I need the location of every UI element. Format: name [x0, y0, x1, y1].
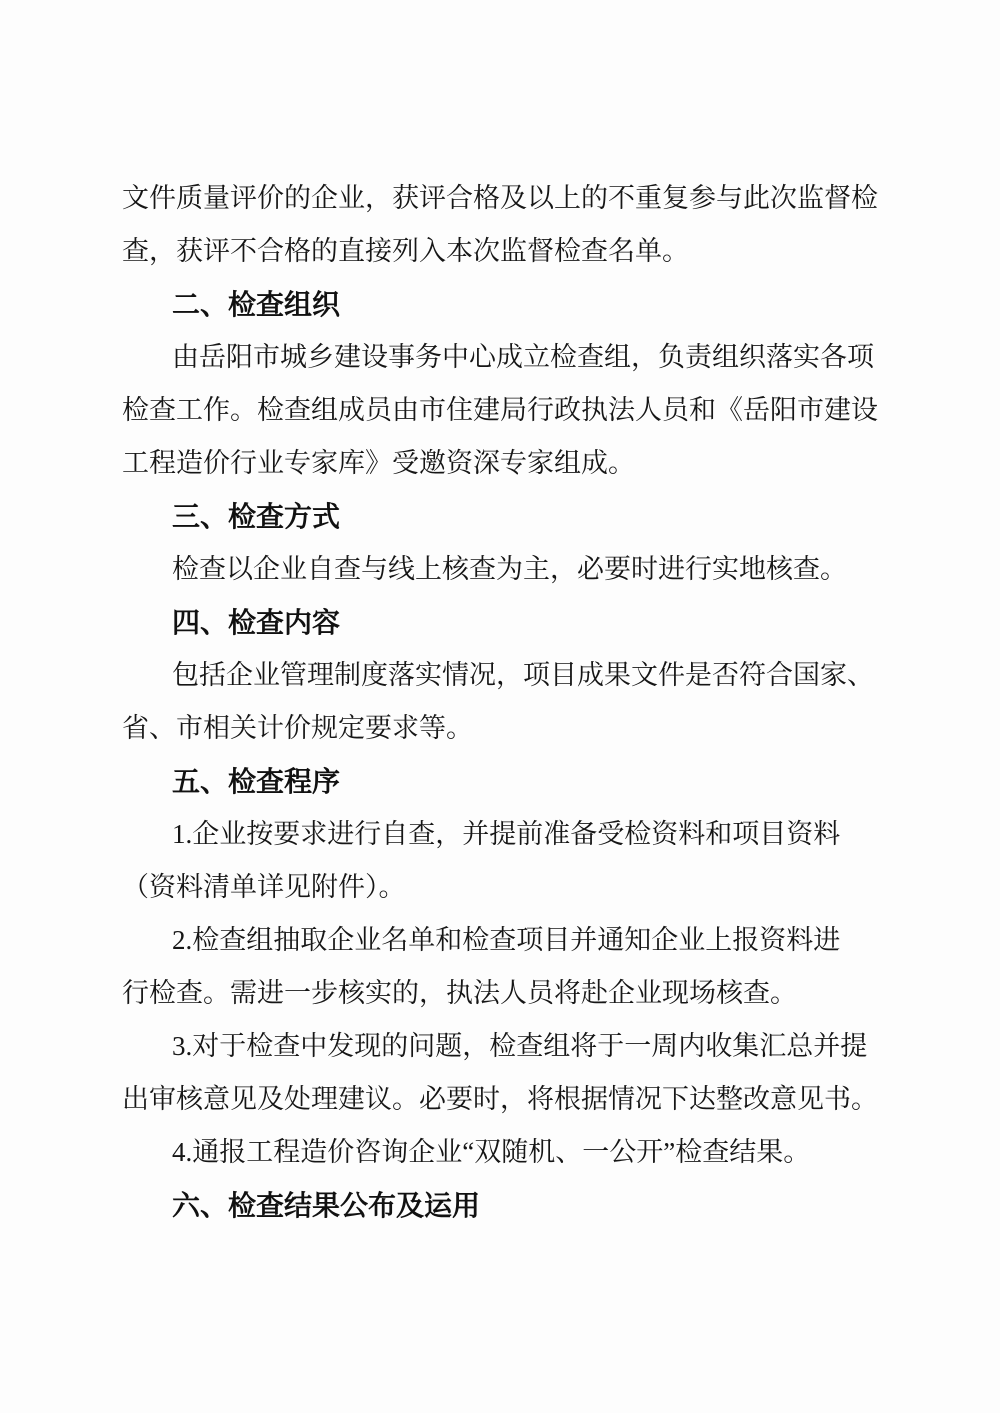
- section-heading: 四、检查内容: [122, 596, 890, 649]
- text-line: 由岳阳市城乡建设事务中心成立检查组，负责组织落实各项: [122, 331, 890, 384]
- document-body: 文件质量评价的企业，获评合格及以上的不重复参与此次监督检查，获评不合格的直接列入…: [122, 172, 890, 1232]
- text-line: 2.检查组抽取企业名单和检查项目并通知企业上报资料进: [122, 914, 890, 967]
- text-line: 文件质量评价的企业，获评合格及以上的不重复参与此次监督检: [122, 172, 890, 225]
- section-heading: 三、检查方式: [122, 490, 890, 543]
- section-heading: 六、检查结果公布及运用: [122, 1179, 890, 1232]
- text-line: 3.对于检查中发现的问题，检查组将于一周内收集汇总并提: [122, 1020, 890, 1073]
- text-line: 查，获评不合格的直接列入本次监督检查名单。: [122, 225, 890, 278]
- text-line: 出审核意见及处理建议。必要时，将根据情况下达整改意见书。: [122, 1073, 890, 1126]
- text-line: 省、市相关计价规定要求等。: [122, 702, 890, 755]
- text-line: 检查以企业自查与线上核查为主，必要时进行实地核查。: [122, 543, 890, 596]
- text-line: 包括企业管理制度落实情况，项目成果文件是否符合国家、: [122, 649, 890, 702]
- text-line: （资料清单详见附件）。: [122, 861, 890, 914]
- section-heading: 二、检查组织: [122, 278, 890, 331]
- text-line: 1.企业按要求进行自查，并提前准备受检资料和项目资料: [122, 808, 890, 861]
- text-line: 工程造价行业专家库》受邀资深专家组成。: [122, 437, 890, 490]
- document-page: 文件质量评价的企业，获评合格及以上的不重复参与此次监督检查，获评不合格的直接列入…: [0, 0, 1000, 1413]
- text-line: 检查工作。检查组成员由市住建局行政执法人员和《岳阳市建设: [122, 384, 890, 437]
- section-heading: 五、检查程序: [122, 755, 890, 808]
- text-line: 4.通报工程造价咨询企业“双随机、一公开”检查结果。: [122, 1126, 890, 1179]
- text-line: 行检查。需进一步核实的，执法人员将赴企业现场核查。: [122, 967, 890, 1020]
